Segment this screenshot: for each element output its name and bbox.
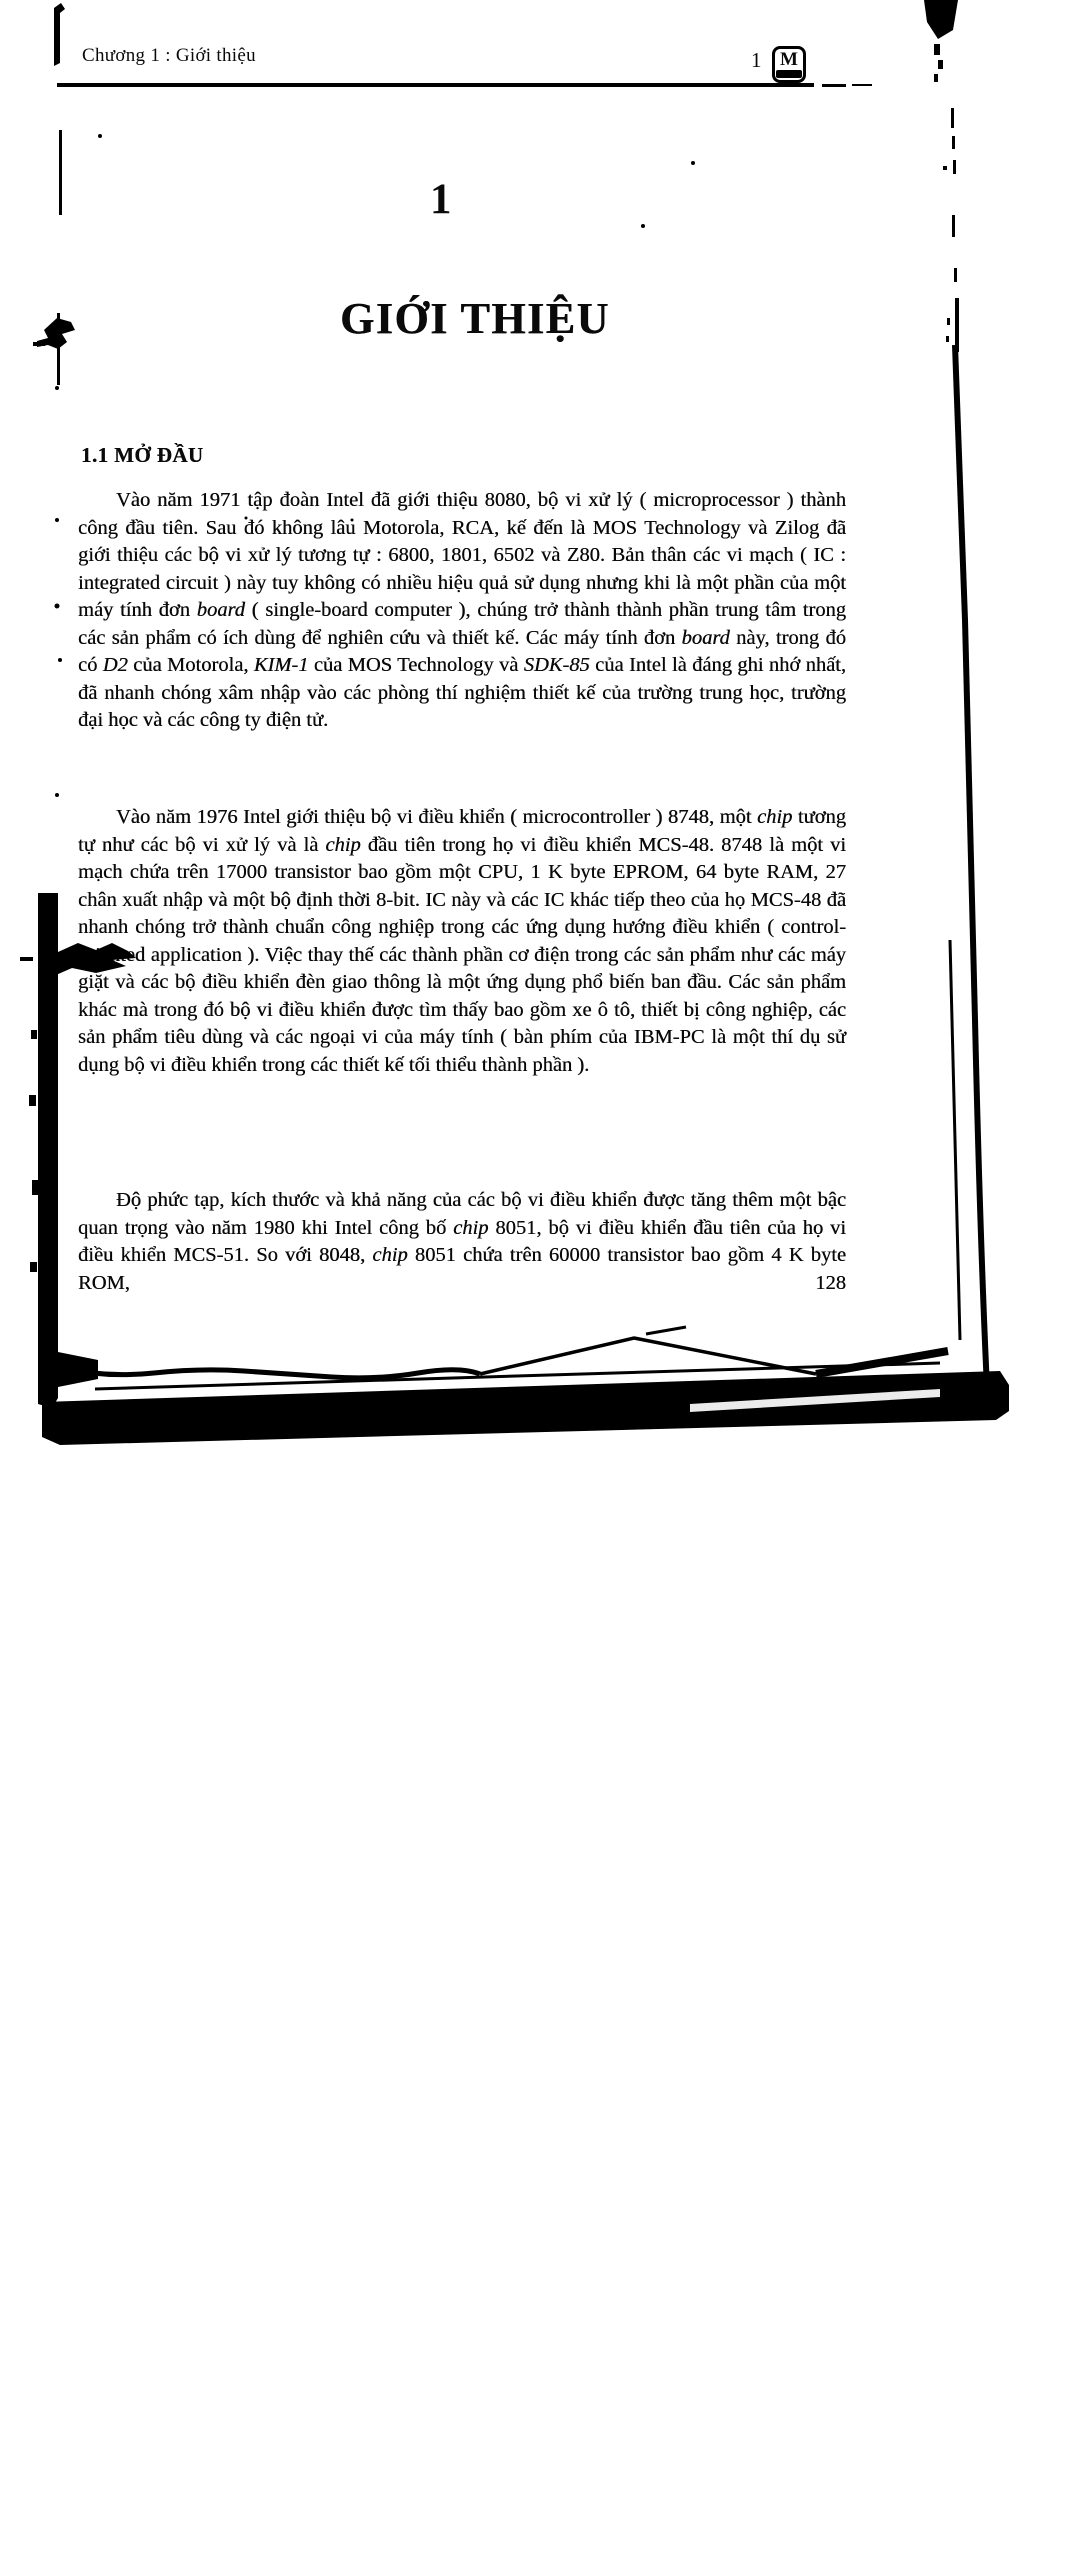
scan-artifact-bottom-wave xyxy=(62,1368,480,1378)
scan-artifact-bottom-peak xyxy=(480,1338,816,1374)
scan-artifact-left-line xyxy=(59,130,62,215)
publisher-logo-letter: M xyxy=(780,50,798,70)
running-header: Chương 1 : Giới thiệu xyxy=(82,45,256,67)
paragraph-2: Vào năm 1976 Intel giới thiệu bộ vi điều… xyxy=(78,804,846,1079)
scan-artifact-left-hook-stem xyxy=(57,313,60,385)
scan-artifact-right-streak xyxy=(955,345,987,1388)
scan-artifact-left-hook xyxy=(37,318,75,349)
scan-artifact-band-glint xyxy=(690,1389,940,1412)
publisher-logo: M xyxy=(772,46,806,83)
scanned-page: Chương 1 : Giới thiệu 1 M 1 GIỚI THIỆU 1… xyxy=(0,0,1088,2550)
paragraph-1: Vào năm 1971 tập đoàn Intel đã giới thiệ… xyxy=(78,487,846,735)
logo-text-bar xyxy=(776,70,802,78)
paragraph-3: Độ phức tạp, kích thước và khả năng của … xyxy=(78,1187,846,1297)
scan-artifact-top-left-bracket xyxy=(54,3,65,66)
header-rule-dash xyxy=(852,84,872,86)
scan-artifact-left-hook-dash xyxy=(33,342,45,346)
header-rule xyxy=(57,83,814,87)
header-rule-dash xyxy=(822,84,846,87)
scan-artifact-left-bar xyxy=(38,893,58,1408)
section-heading: 1.1 MỞ ĐẦU xyxy=(81,443,203,468)
scan-artifact-bottom-band xyxy=(42,1371,1009,1445)
page-title: GIỚI THIỆU xyxy=(340,293,610,344)
chapter-number: 1 xyxy=(430,175,452,224)
page-number: 1 xyxy=(751,48,762,73)
scan-artifact-right-blob xyxy=(924,0,958,39)
